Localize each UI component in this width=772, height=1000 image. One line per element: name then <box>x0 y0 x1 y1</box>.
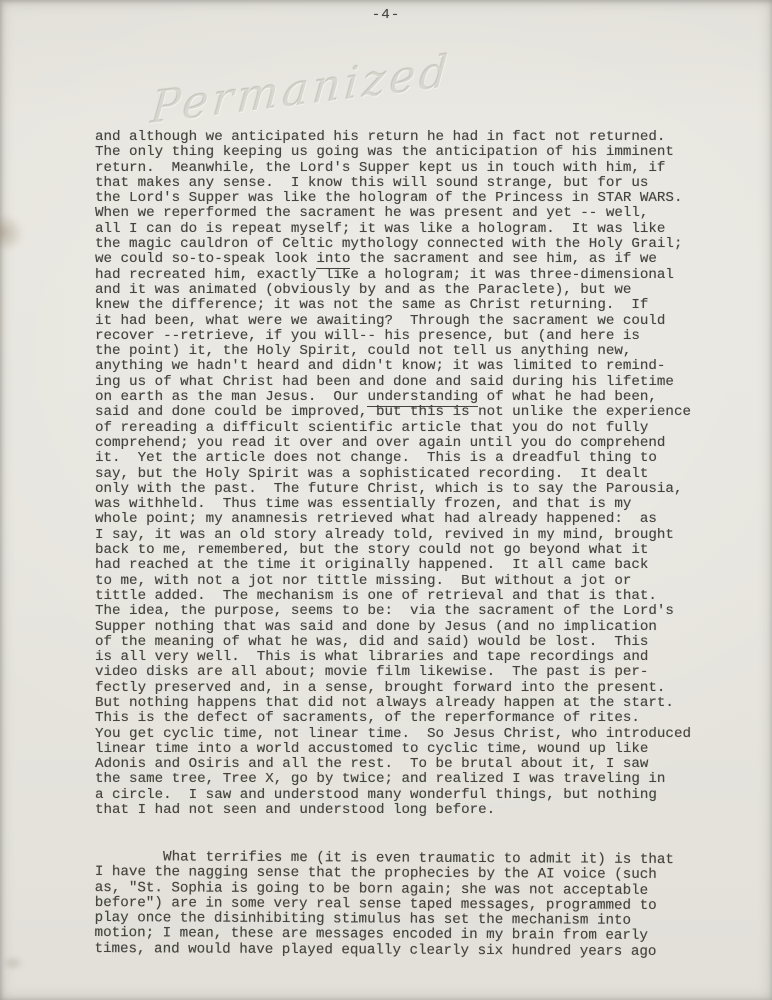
page-number: -4- <box>0 7 772 23</box>
text-line: But nothing happens that did not always … <box>95 696 723 711</box>
text-line: and it was animated (obviously by and as… <box>95 283 723 298</box>
text-line: anything we hadn't heard and didn't know… <box>95 359 723 374</box>
text-line: all I can do is repeat myself; it was li… <box>95 222 723 237</box>
text-line: say, but the Holy Spirit was a sophistic… <box>95 467 723 482</box>
text-line: that I had not seen and understood long … <box>95 803 723 818</box>
text-line: it. Yet the article does not change. Thi… <box>95 451 723 466</box>
text-line: Supper nothing that was said and done by… <box>95 620 723 635</box>
paragraph: and although we anticipated his return h… <box>95 130 723 818</box>
text-line: of rereading a difficult scientific arti… <box>95 421 723 436</box>
paper-smudge <box>2 955 24 971</box>
text-line: and although we anticipated his return h… <box>95 130 723 145</box>
text-line: recover --retrieve, if you will-- his pr… <box>95 329 723 344</box>
text-line: ing us of what Christ had been and done … <box>95 375 723 390</box>
paper-watermark: Permanized <box>149 41 491 134</box>
text-line: This is the defect of sacraments, of the… <box>95 711 723 726</box>
text-line: of the meaning of what he was, did and s… <box>95 635 723 650</box>
document-page: -4- Permanized and although we anticipat… <box>0 0 772 1000</box>
text-line: linear time into a world accustomed to c… <box>95 742 723 757</box>
typewritten-text: and although we anticipated his return h… <box>95 130 723 957</box>
text-line: it had been, what were we awaiting? Thro… <box>95 314 723 329</box>
text-line: I say, it was an old story already told,… <box>95 528 723 543</box>
text-line: a circle. I saw and understood many wond… <box>95 788 723 803</box>
text-line: we could so-to-speak look into the sacra… <box>95 252 723 267</box>
text-line: only with the past. The future Christ, w… <box>95 482 723 497</box>
text-line: comprehend; you read it over and over ag… <box>95 436 723 451</box>
text-line: whole point; my anamnesis retrieved what… <box>95 512 723 527</box>
paragraph: What terrifies me (it is even traumatic … <box>94 850 723 960</box>
text-line: knew the difference; it was not the same… <box>95 298 723 313</box>
text-line: times, and would have played equally cle… <box>94 942 722 961</box>
text-line: When we reperformed the sacrament he was… <box>95 206 723 221</box>
text-line: the same tree, Tree X, go by twice; and … <box>95 772 723 787</box>
text-line: said and done could be improved, but thi… <box>95 405 723 420</box>
text-line: tittle added. The mechanism is one of re… <box>95 589 723 604</box>
text-line: that makes any sense. I know this will s… <box>95 176 723 191</box>
text-line: The only thing keeping us going was the … <box>95 145 723 160</box>
text-line: fectly preserved and, in a sense, brough… <box>95 681 723 696</box>
paper-smudge <box>0 211 31 258</box>
text-line: You get cyclic time, not linear time. So… <box>95 727 723 742</box>
text-line: video disks are all about; movie film li… <box>95 665 723 680</box>
text-line: had reached at the time it originally ha… <box>95 558 723 573</box>
text-line: The idea, the purpose, seems to be: via … <box>95 604 723 619</box>
text-line: had recreated him, exactly like a hologr… <box>95 268 723 283</box>
text-line: return. Meanwhile, the Lord's Supper kep… <box>95 161 723 176</box>
text-line: to me, with not a jot nor tittle missing… <box>95 574 723 589</box>
